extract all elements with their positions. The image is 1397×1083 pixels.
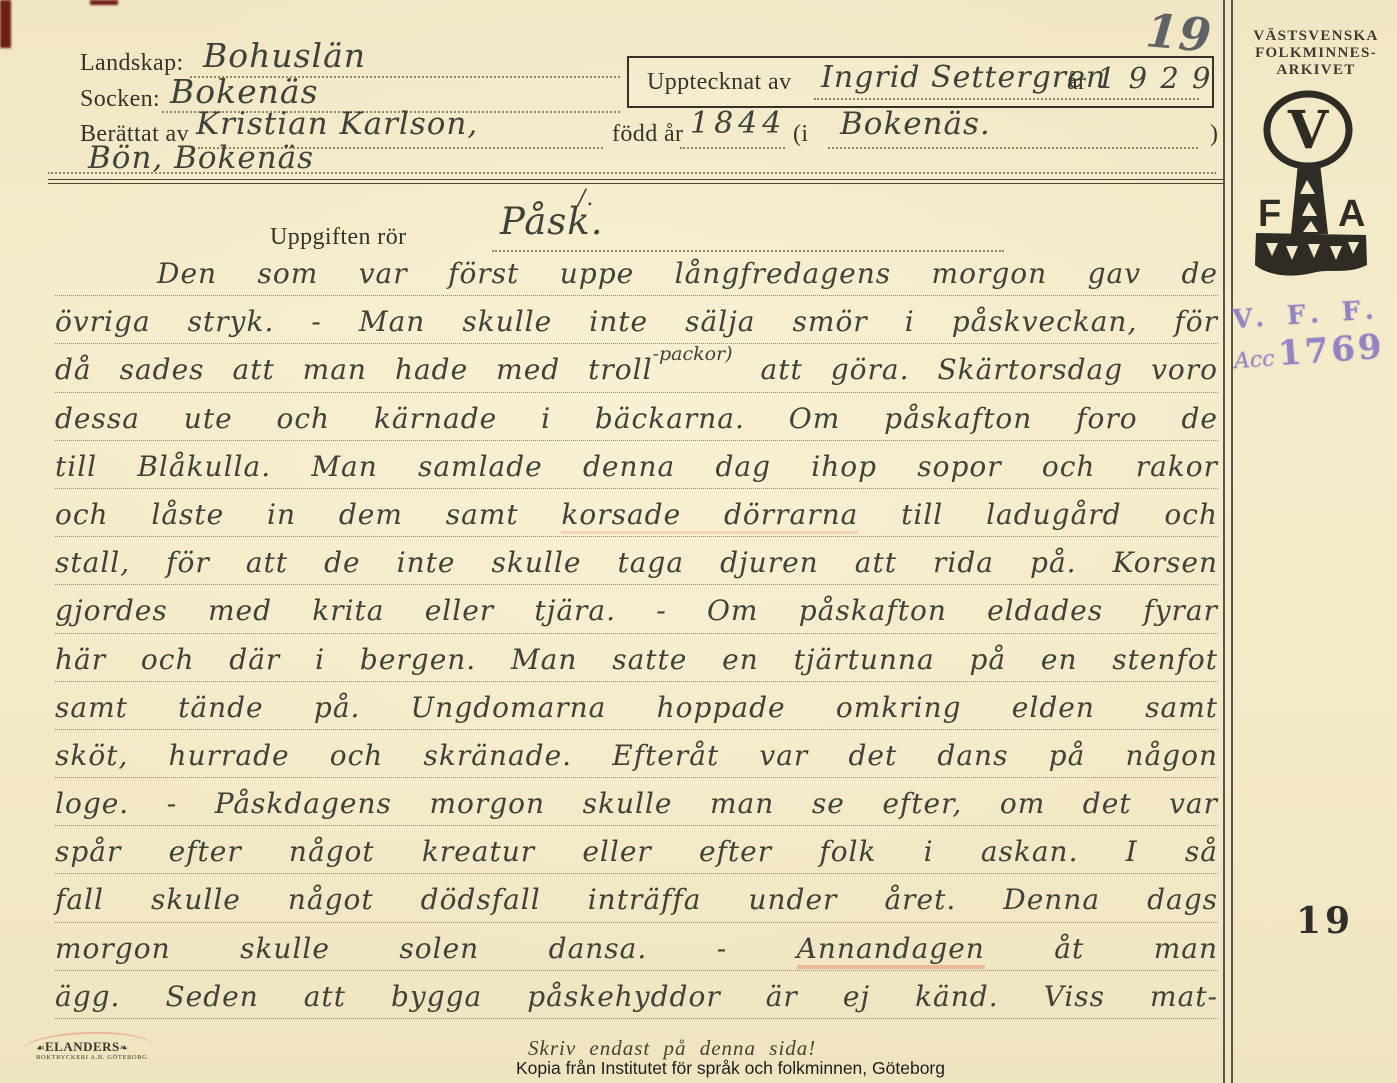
dotted-rule: [48, 172, 1216, 174]
stray-ink-mark: /.: [578, 186, 594, 211]
body-text: Den som var först uppe långfredagens mor…: [55, 248, 1218, 1019]
year-label: år: [1067, 69, 1086, 96]
scan-edge-artifact: [0, 0, 11, 48]
copy-watermark: Kopia från Institutet för språk och folk…: [516, 1058, 945, 1079]
handwritten-line: ägg. Seden att bygga påskehyddor är ej k…: [55, 971, 1218, 1019]
archive-name-line: FOLKMINNES-: [1236, 45, 1396, 62]
scanned-document-page: 19 Landskap: Bohuslän Socken: Bokenäs Be…: [0, 0, 1397, 1083]
handwritten-line: sköt, hurrade och skränade. Efteråt var …: [55, 730, 1218, 778]
printer-imprint: ☙ELANDERS❧ BOKTRYCKERI A.B. GÖTEBORG: [36, 1042, 147, 1062]
margin-rule: [1223, 0, 1225, 1083]
header-divider: [48, 179, 1223, 184]
birthplace-open-paren: (i: [793, 121, 808, 148]
handwritten-line: Den som var först uppe långfredagens mor…: [55, 248, 1218, 296]
handwritten-line: spår efter något kreatur eller efter fol…: [55, 826, 1218, 874]
dotted-rule: [828, 147, 1198, 149]
dotted-rule: [680, 147, 785, 149]
berattat-av-value: Kristian Karlson,: [196, 106, 478, 142]
handwritten-line: då sades att man hade med troll-packor) …: [55, 344, 1218, 392]
printed-page-number: 19: [1296, 900, 1354, 942]
archive-name: VÄSTSVENSKA FOLKMINNES- ARKIVET: [1236, 28, 1396, 79]
dotted-rule: [814, 98, 1199, 100]
handwritten-line: dessa ute och kärnade i bäckarna. Om pås…: [55, 393, 1218, 441]
margin-rule: [1231, 0, 1233, 1083]
archive-name-line: ARKIVET: [1236, 62, 1396, 79]
year-value: 1 9 2 9: [1097, 61, 1212, 95]
fodd-ar-value: 1844: [690, 106, 786, 141]
printer-detail: BOKTRYCKERI A.B. GÖTEBORG: [36, 1053, 147, 1062]
archive-name-line: VÄSTSVENSKA: [1236, 28, 1396, 45]
handwritten-line: övriga stryk. - Man skulle inte sälja sm…: [55, 296, 1218, 344]
logo-letter-v: V: [1287, 100, 1330, 161]
recorded-by-box: Upptecknat av Ingrid Settergren år 1 9 2…: [627, 56, 1214, 108]
handwritten-line: till Blåkulla. Man samlade denna dag iho…: [55, 441, 1218, 489]
subject-label: Uppgiften rör: [270, 224, 407, 251]
landskap-value: Bohuslän: [203, 36, 366, 75]
scan-edge-artifact: [90, 0, 118, 5]
accession-stamp: V. F. F. Acc1769: [1216, 294, 1397, 378]
printer-name: ELANDERS: [45, 1039, 120, 1054]
handwritten-line: samt tände på. Ungdomarna hoppade omkrin…: [55, 682, 1218, 730]
address-value: Bön, Bokenäs: [88, 140, 314, 176]
handwritten-line: gjordes med krita eller tjära. - Om påsk…: [55, 585, 1218, 633]
upptecknat-label: Upptecknat av: [647, 69, 791, 96]
pencil-page-number: 19: [1144, 3, 1214, 63]
socken-label: Socken:: [80, 86, 160, 113]
handwritten-line: här och där i bergen. Man satte en tjärt…: [55, 634, 1218, 682]
vfa-logo: V F A: [1248, 84, 1374, 296]
fodd-ar-label: född år: [612, 121, 683, 148]
landskap-label: Landskap:: [80, 50, 184, 77]
upptecknat-value: Ingrid Settergren: [821, 60, 1106, 95]
handwritten-line: stall, för att de inte skulle taga djure…: [55, 537, 1218, 585]
handwritten-line: och låste in dem samt korsade dörrarna t…: [55, 489, 1218, 537]
birthplace-value: Bokenäs.: [840, 106, 991, 142]
handwritten-line: fall skulle något dödsfall inträffa unde…: [55, 874, 1218, 922]
logo-letter-a: A: [1338, 193, 1365, 235]
handwritten-line: morgon skulle solen dansa. - Annandagen …: [55, 923, 1218, 971]
birthplace-close-paren: ): [1210, 121, 1218, 148]
handwritten-line: loge. - Påskdagens morgon skulle man se …: [55, 778, 1218, 826]
logo-letter-f: F: [1258, 193, 1281, 235]
